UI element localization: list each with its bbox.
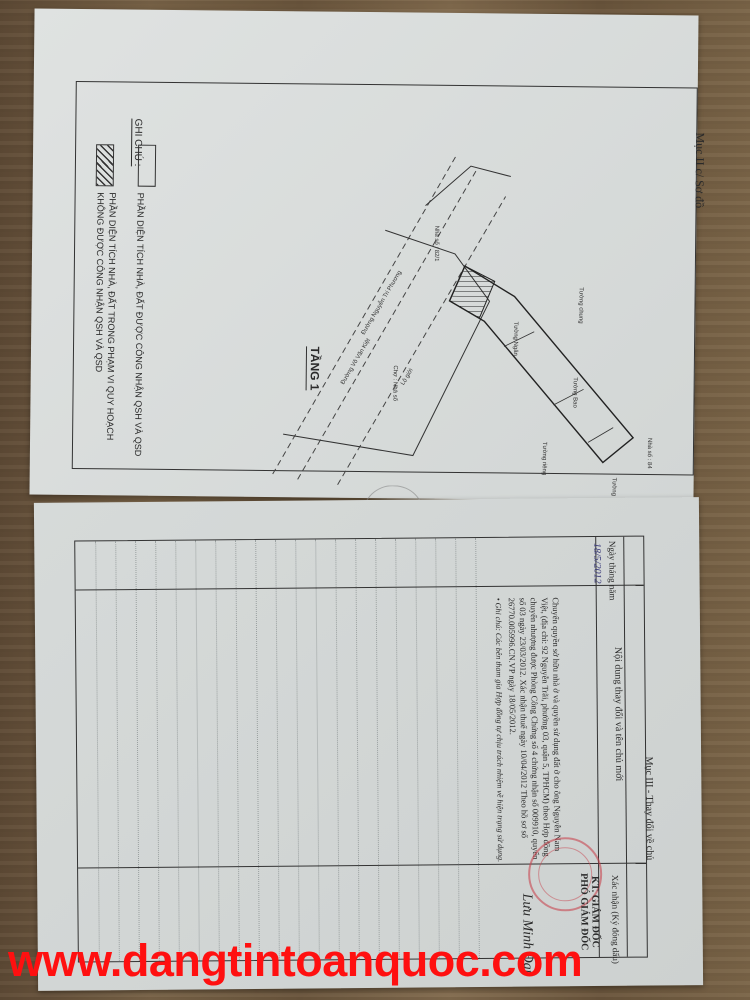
svg-text:Tường riêng: Tường riêng bbox=[610, 478, 616, 499]
plain-box-icon bbox=[138, 145, 156, 187]
entry-content: Chuyển quyền sở hữu nhà ở và quyền sử dụ… bbox=[506, 597, 563, 867]
svg-text:Tường Ngăn: Tường Ngăn bbox=[512, 322, 518, 356]
certificate-page-owner-changes: Mục III - Thay đổi về chủ Ngày tháng năm… bbox=[34, 497, 703, 991]
entry-date: 18/5/2012 bbox=[591, 543, 602, 584]
svg-text:Nhà số : 84: Nhà số : 84 bbox=[646, 438, 652, 469]
svg-text:Đường Nguyễn Tri Phương: Đường Nguyễn Tri Phương bbox=[360, 269, 403, 336]
legend-item-planning: PHẦN DIỆN TÍCH NHÀ, ĐẤT TRONG PHẠM VI QU… bbox=[105, 192, 118, 440]
svg-text:Tường riêng: Tường riêng bbox=[541, 442, 547, 475]
diagram-frame: Mục II c/ Sơ đồ GHI CHÚ : PHẦN DIỆN TÍCH… bbox=[72, 81, 698, 475]
column-header-confirm: Xác nhận (Ký đóng dấu) bbox=[610, 875, 621, 964]
legend-item-planning-2: KHÔNG ĐƯỢC CÔNG NHẬN QSH VÀ QSD bbox=[94, 192, 106, 372]
section-title: Mục III - Thay đổi về chủ bbox=[643, 757, 655, 861]
svg-text:Tường Bao: Tường Bao bbox=[571, 377, 577, 408]
column-header-content: Nội dung thay đổi và tên chủ mới bbox=[612, 647, 624, 782]
svg-text:Lộ giới: Lộ giới bbox=[400, 368, 414, 387]
svg-text:Nhà số : 82/1: Nhà số : 82/1 bbox=[433, 226, 439, 262]
signature-title-1: KT. GIÁM ĐỐC bbox=[589, 873, 601, 950]
column-header-date: Ngày tháng năm bbox=[607, 541, 618, 601]
svg-text:Chợ : Nhà số: Chợ : Nhà số bbox=[391, 365, 397, 401]
certificate-page-diagram: Mục II c/ Sơ đồ GHI CHÚ : PHẦN DIỆN TÍCH… bbox=[29, 9, 698, 502]
owner-change-table: Mục III - Thay đổi về chủ Ngày tháng năm… bbox=[74, 536, 648, 963]
svg-text:Đường Võ Văn Kiệt: Đường Võ Văn Kiệt bbox=[340, 337, 372, 385]
legend-item-recognized: PHẦN DIỆN TÍCH NHÀ, ĐẤT ĐƯỢC CÔNG NHẬN Q… bbox=[133, 193, 146, 457]
hatched-box-icon bbox=[96, 144, 114, 186]
floor-plan-diagram: Nhà số : 82/1 Nhà số : 84 Chợ : Nhà số T… bbox=[252, 134, 676, 498]
section-title: Mục II c/ Sơ đồ bbox=[692, 132, 708, 208]
svg-text:Tường chung: Tường chung bbox=[577, 287, 583, 323]
table-divider bbox=[76, 585, 644, 591]
website-watermark: www.dangtintoanquoc.com bbox=[8, 935, 582, 987]
entry-note: • Ghi chú: Các bên tham gia Hợp đồng tự … bbox=[494, 598, 505, 862]
